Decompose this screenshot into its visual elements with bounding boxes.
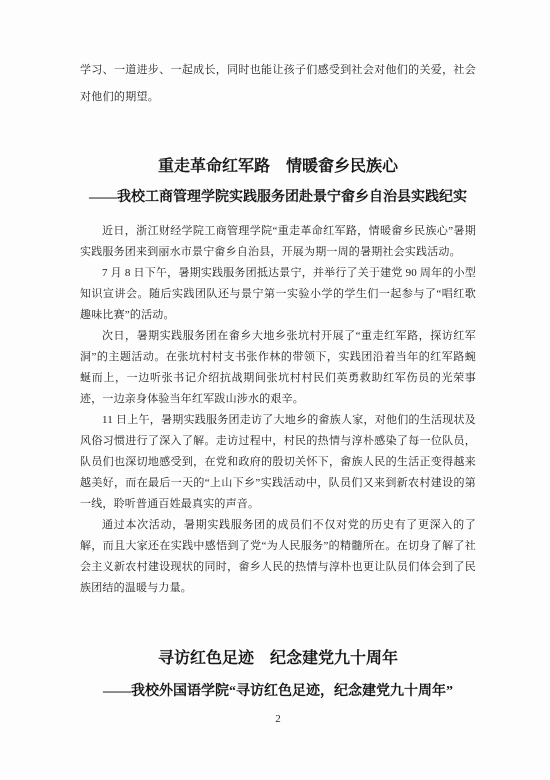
article1-paragraph-4: 11 日上午，暑期实践服务团走访了大地乡的畲族人家，对他们的生活现状及风俗习惯进…	[80, 410, 476, 515]
article1-paragraph-5: 通过本次活动，暑期实践服务团的成员们不仅对党的历史有了更深入的了解，而且大家还在…	[80, 515, 476, 599]
article1-title: 重走革命红军路 情暖畲乡民族心	[80, 155, 476, 179]
article2-title: 寻访红色足迹 纪念建党九十周年	[80, 647, 476, 671]
article1-subtitle: ——我校工商管理学院实践服务团赴景宁畲乡自治县实践纪实	[80, 187, 476, 209]
article2-subtitle: ——我校外国语学院“寻访红色足迹，纪念建党九十周年”	[80, 681, 476, 703]
document-page: 学习、一道进步、一起成长，同时也能让孩子们感受到社会对他们的关爱，社会对他们的期…	[0, 0, 550, 780]
continuation-paragraph: 学习、一道进步、一起成长，同时也能让孩子们感受到社会对他们的关爱，社会对他们的期…	[80, 57, 476, 111]
article1-body: 近日，浙江财经学院工商管理学院“重走革命红军路，情暖畲乡民族心”暑期实践服务团来…	[80, 221, 476, 599]
article1-paragraph-3: 次日，暑期实践服务团在畲乡大地乡张坑村开展了“重走红军路，探访红军洞”的主题活动…	[80, 326, 476, 410]
article1-paragraph-1: 近日，浙江财经学院工商管理学院“重走革命红军路，情暖畲乡民族心”暑期实践服务团来…	[80, 221, 476, 263]
page-number: 2	[80, 713, 476, 725]
article1-paragraph-2: 7 月 8 日下午，暑期实践服务团抵达景宁，并举行了关于建党 90 周年的小型知…	[80, 263, 476, 326]
